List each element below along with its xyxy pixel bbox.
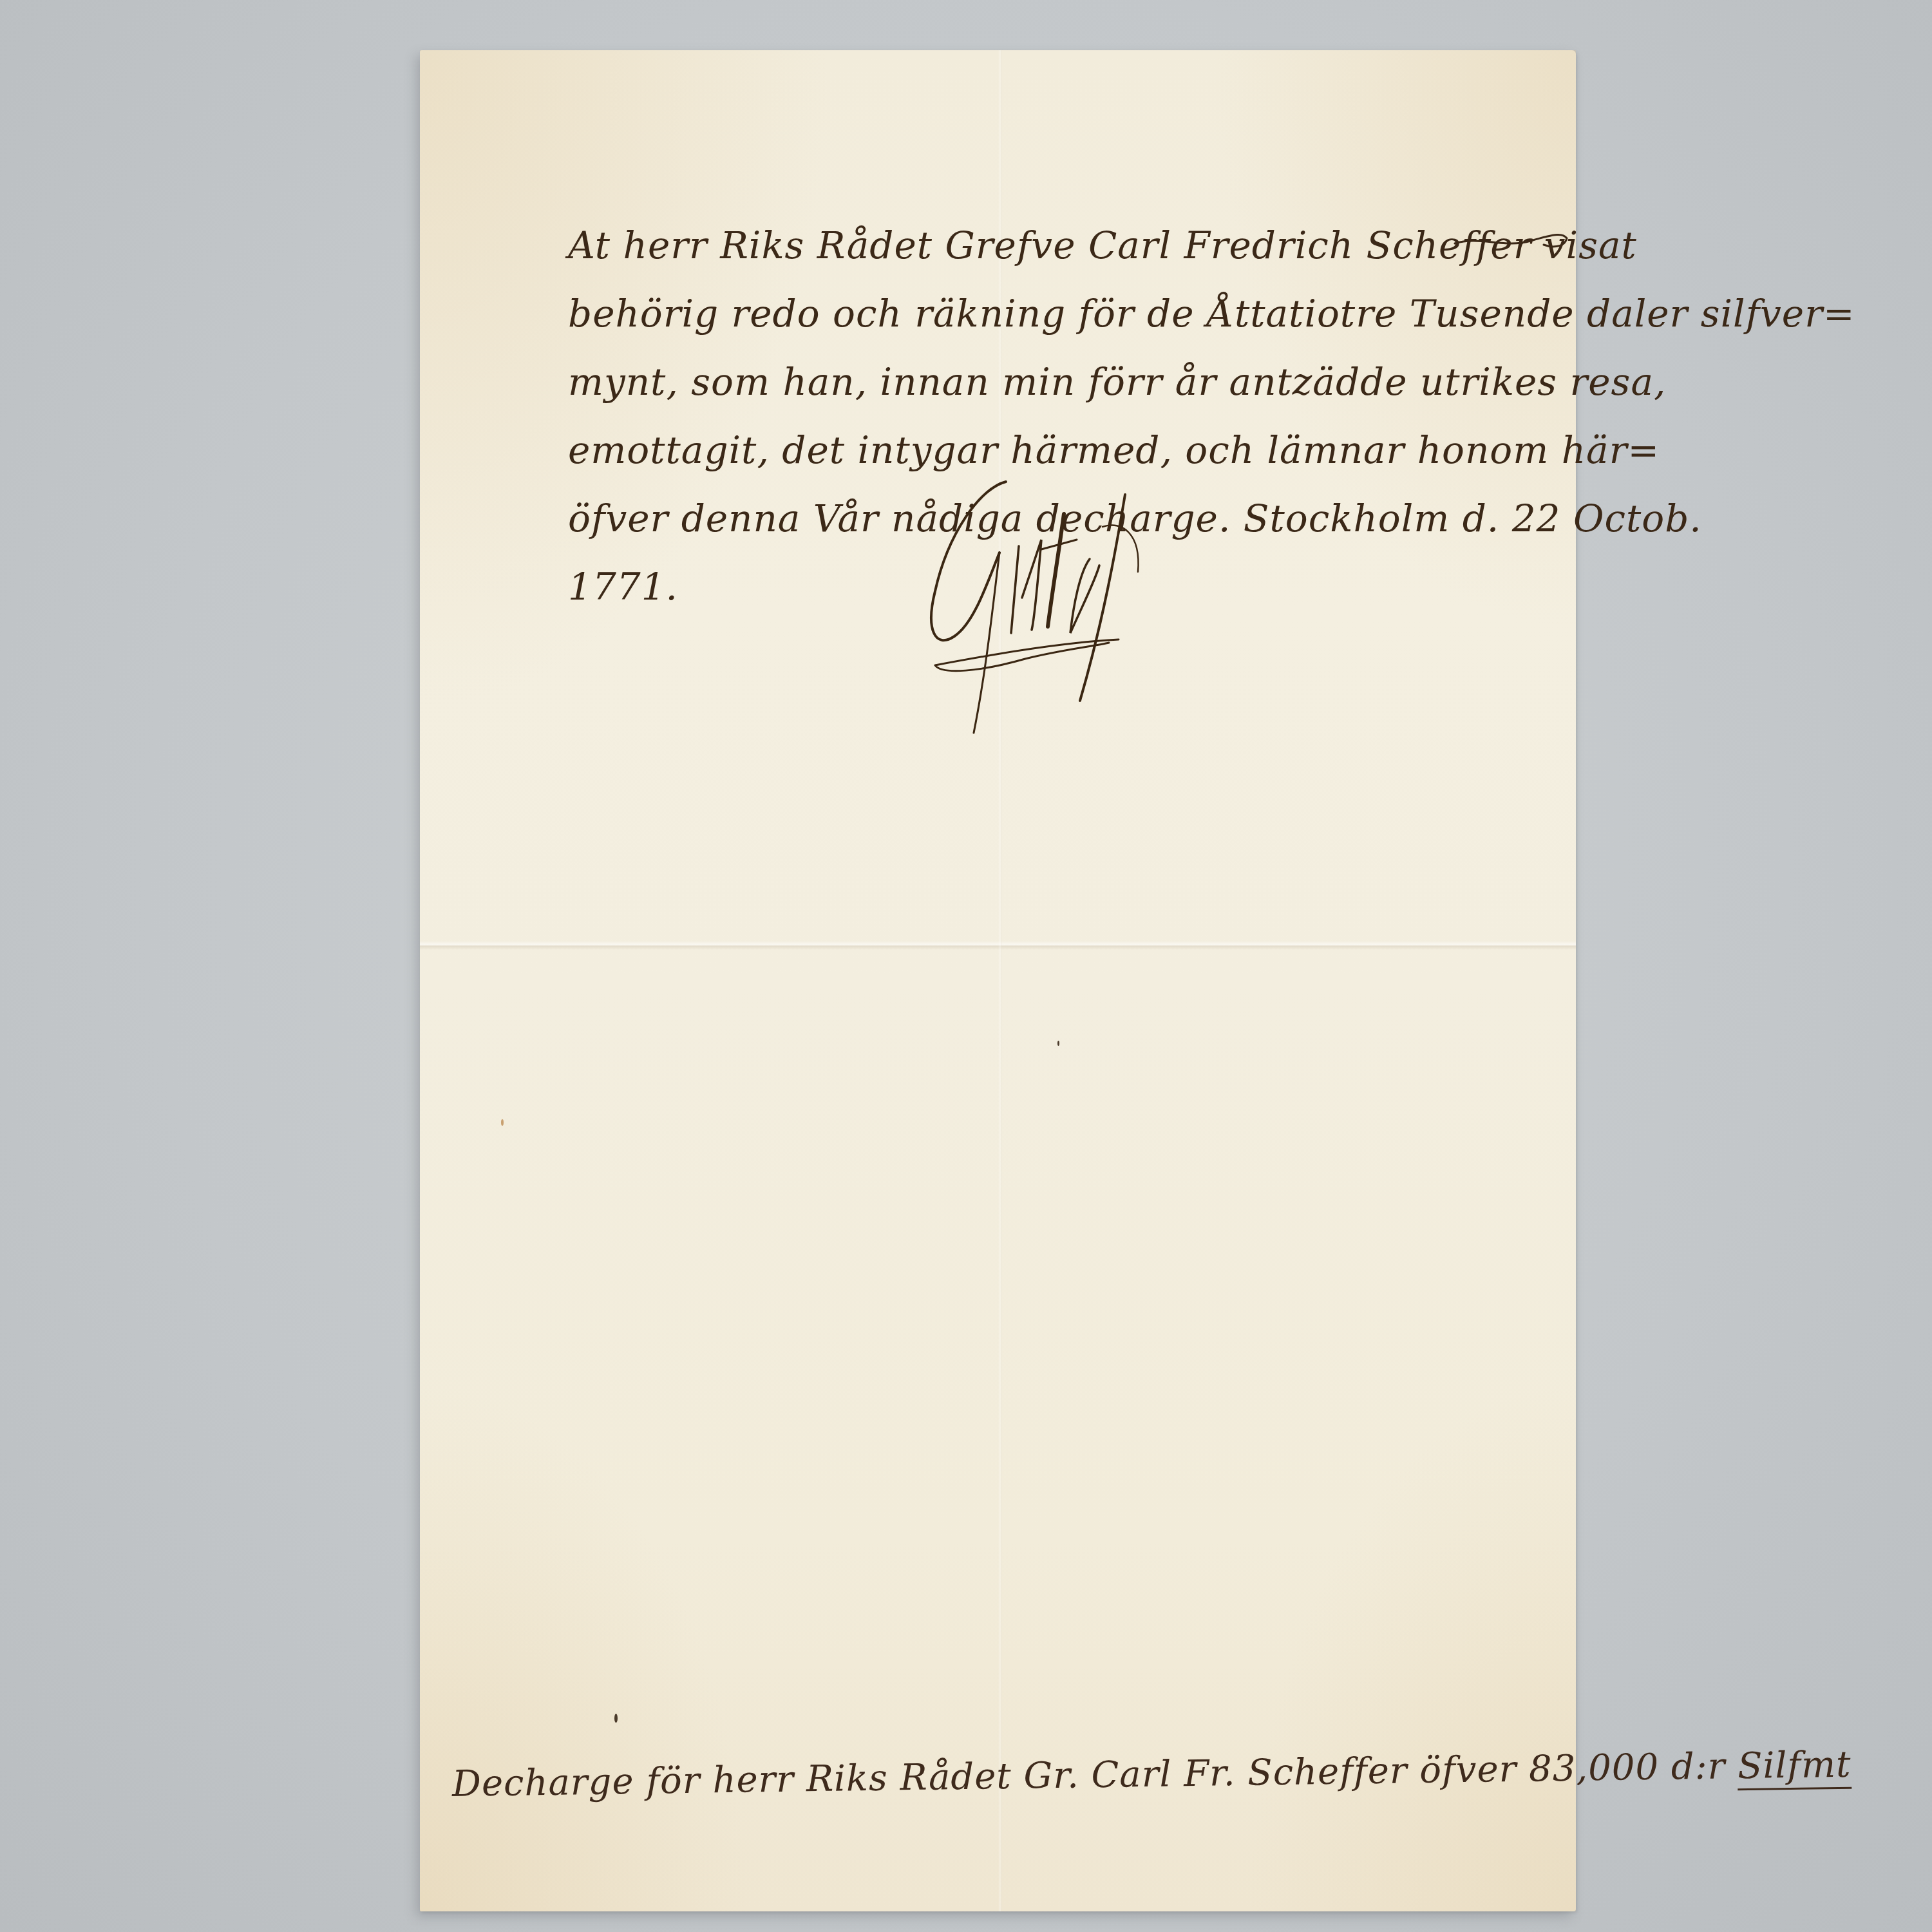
body-line-3: mynt, som han, innan min förr år antzädd… xyxy=(568,348,1855,416)
endorsement-text: Decharge för herr Riks Rådet Gr. Carl Fr… xyxy=(452,1745,1738,1805)
body-line-6-year: 1771. xyxy=(568,553,1855,621)
line-end-flourish-icon xyxy=(1454,229,1569,255)
endorsement-note: Decharge för herr Riks Rådet Gr. Carl Fr… xyxy=(452,1744,1852,1805)
body-line-2: behörig redo och räkning för de Åttatiot… xyxy=(568,279,1855,348)
ink-speck xyxy=(614,1714,618,1723)
body-line-1: At herr Riks Rådet Grefve Carl Fredrich … xyxy=(568,211,1855,279)
ink-speck xyxy=(1057,1041,1059,1046)
body-line-4: emottagit, det intygar härmed, och lämna… xyxy=(568,416,1855,484)
royal-signature: Gustaf xyxy=(909,475,1154,746)
endorsement-underlined: Silfmt xyxy=(1738,1744,1851,1790)
body-line-5: öfver denna Vår nådiga decharge. Stockho… xyxy=(568,484,1855,553)
paper-spot xyxy=(501,1119,504,1126)
letter-body: At herr Riks Rådet Grefve Carl Fredrich … xyxy=(568,211,1855,621)
manuscript-page: At herr Riks Rådet Grefve Carl Fredrich … xyxy=(420,50,1576,1911)
